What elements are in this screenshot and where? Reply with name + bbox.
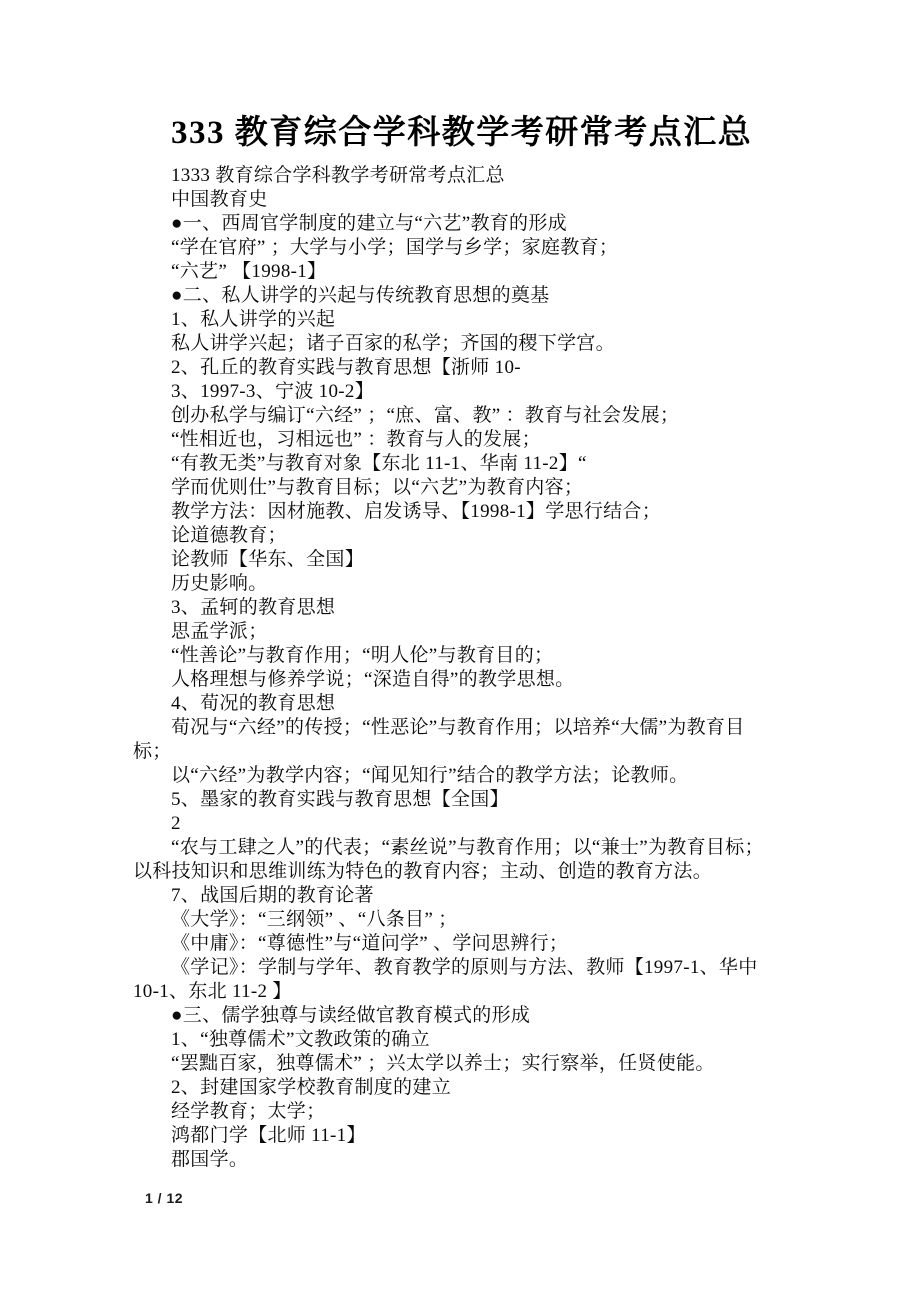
document-page: 333 教育综合学科教学考研常考点汇总 1333 教育综合学科教学考研常考点汇总… xyxy=(0,0,920,1302)
text-line: ●三、儒学独尊与读经做官教育模式的形成 xyxy=(133,1004,813,1028)
text-line: “有教无类”与教育对象【东北 11-1、华南 11-2】“ xyxy=(133,452,813,476)
text-line: 创办私学与编订“六经” ；“庶、富、教” ：教育与社会发展； xyxy=(133,404,813,428)
text-line: 论道德教育； xyxy=(133,524,813,548)
text-line: “性善论”与教育作用；“明人伦”与教育目的； xyxy=(133,644,813,668)
text-line: 《中庸》：“尊德性”与“道问学” 、学问思辨行； xyxy=(133,932,813,956)
text-line: 中国教育史 xyxy=(133,188,813,212)
text-line: ●二、私人讲学的兴起与传统教育思想的奠基 xyxy=(133,284,813,308)
body-text-lines: 1333 教育综合学科教学考研常考点汇总中国教育史●一、西周官学制度的建立与“六… xyxy=(133,164,813,1172)
text-line: 3、孟轲的教育思想 xyxy=(133,596,813,620)
page-number: 1 / 12 xyxy=(145,1190,183,1206)
text-line: 历史影响。 xyxy=(133,572,813,596)
text-line: 2、封建国家学校教育制度的建立 xyxy=(133,1076,813,1100)
text-line: “性相近也，习相远也” ：教育与人的发展； xyxy=(133,428,813,452)
text-line: “六艺” 【1998-1】 xyxy=(133,260,813,284)
text-line: 10-1、东北 11-2 】 xyxy=(133,980,813,1004)
text-line: 1、“独尊儒术”文教政策的确立 xyxy=(133,1028,813,1052)
text-line: 3、1997-3、宁波 10-2】 xyxy=(133,380,813,404)
text-line: ●一、西周官学制度的建立与“六艺”教育的形成 xyxy=(133,212,813,236)
text-line: 标； xyxy=(133,740,813,764)
text-line: “罢黜百家，独尊儒术” ；兴太学以养士；实行察举，任贤使能。 xyxy=(133,1052,813,1076)
text-line: 《大学》：“三纲领” 、“八条目” ； xyxy=(133,908,813,932)
text-line: 经学教育；太学； xyxy=(133,1100,813,1124)
page-title: 333 教育综合学科教学考研常考点汇总 xyxy=(133,108,813,158)
text-line: 思孟学派； xyxy=(133,620,813,644)
text-line: 郡国学。 xyxy=(133,1148,813,1172)
text-line: 私人讲学兴起；诸子百家的私学；齐国的稷下学宫。 xyxy=(133,332,813,356)
text-line: 教学方法：因材施教、启发诱导、【1998-1】学思行结合； xyxy=(133,500,813,524)
text-line: 荀况与“六经”的传授；“性恶论”与教育作用；以培养“大儒”为教育目 xyxy=(133,716,813,740)
text-line: 2 xyxy=(133,812,813,836)
text-line: 以科技知识和思维训练为特色的教育内容；主动、创造的教育方法。 xyxy=(133,860,813,884)
text-line: 4、荀况的教育思想 xyxy=(133,692,813,716)
text-line: 以“六经”为教学内容；“闻见知行”结合的教学方法；论教师。 xyxy=(133,764,813,788)
text-line: “农与工肆之人”的代表；“素丝说”与教育作用；以“兼士”为教育目标； xyxy=(133,836,813,860)
text-line: 《学记》：学制与学年、教育教学的原则与方法、教师【1997-1、华中 xyxy=(133,956,813,980)
text-line: 学而优则仕”与教育目标；以“六艺”为教育内容； xyxy=(133,476,813,500)
text-line: 人格理想与修养学说；“深造自得”的教学思想。 xyxy=(133,668,813,692)
text-line: 7、战国后期的教育论著 xyxy=(133,884,813,908)
text-line: 5、墨家的教育实践与教育思想【全国】 xyxy=(133,788,813,812)
text-line: 1333 教育综合学科教学考研常考点汇总 xyxy=(133,164,813,188)
text-line: “学在官府” ；大学与小学；国学与乡学；家庭教育； xyxy=(133,236,813,260)
text-line: 1、私人讲学的兴起 xyxy=(133,308,813,332)
document-content: 333 教育综合学科教学考研常考点汇总 1333 教育综合学科教学考研常考点汇总… xyxy=(133,108,813,1172)
text-line: 论教师【华东、全国】 xyxy=(133,548,813,572)
text-line: 鸿都门学【北师 11-1】 xyxy=(133,1124,813,1148)
text-line: 2、孔丘的教育实践与教育思想【浙师 10- xyxy=(133,356,813,380)
